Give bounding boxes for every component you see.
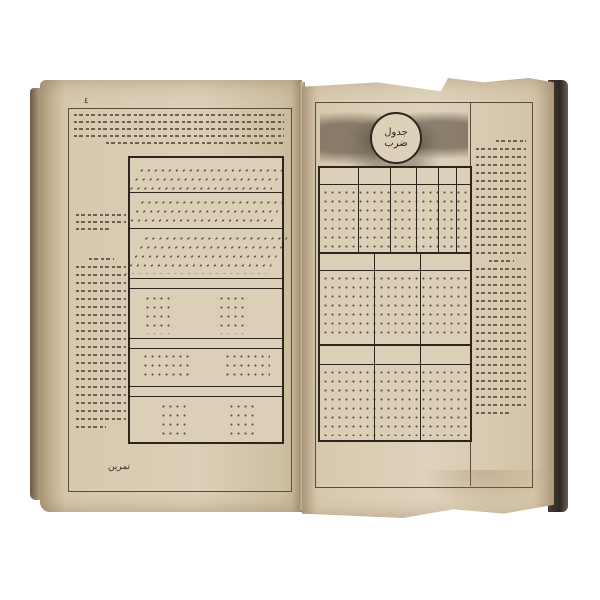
diagonal-numerals-band-1 [127, 166, 285, 190]
left-margin-note [76, 214, 126, 230]
multiplication-example-6 [160, 402, 190, 436]
diagonal-numerals-band-2 [126, 198, 285, 224]
multiplication-example-5 [228, 402, 258, 436]
left-arithmetic-table [128, 156, 284, 444]
ornament-title: جدول ضرب [372, 127, 420, 149]
left-header-text [74, 114, 284, 144]
page-number: ٤ [84, 96, 88, 105]
water-stain [420, 470, 550, 510]
right-margin-text [476, 140, 526, 414]
table-middle-values [322, 274, 468, 340]
multiplication-example-3 [224, 352, 270, 382]
table-top-values [322, 188, 468, 248]
right-multiplication-table [318, 166, 472, 442]
multiplication-example-2 [144, 294, 170, 334]
multiplication-example-4 [142, 352, 192, 382]
footer-mark: تمرين [108, 462, 130, 472]
open-book: ٤ تمرين جدول ضرب [0, 0, 600, 600]
table-bottom-values [322, 368, 468, 436]
diagonal-numerals-band-3 [122, 234, 289, 274]
left-margin-text [76, 258, 126, 428]
multiplication-example-1 [218, 294, 244, 334]
title-medallion: جدول ضرب [370, 112, 422, 164]
